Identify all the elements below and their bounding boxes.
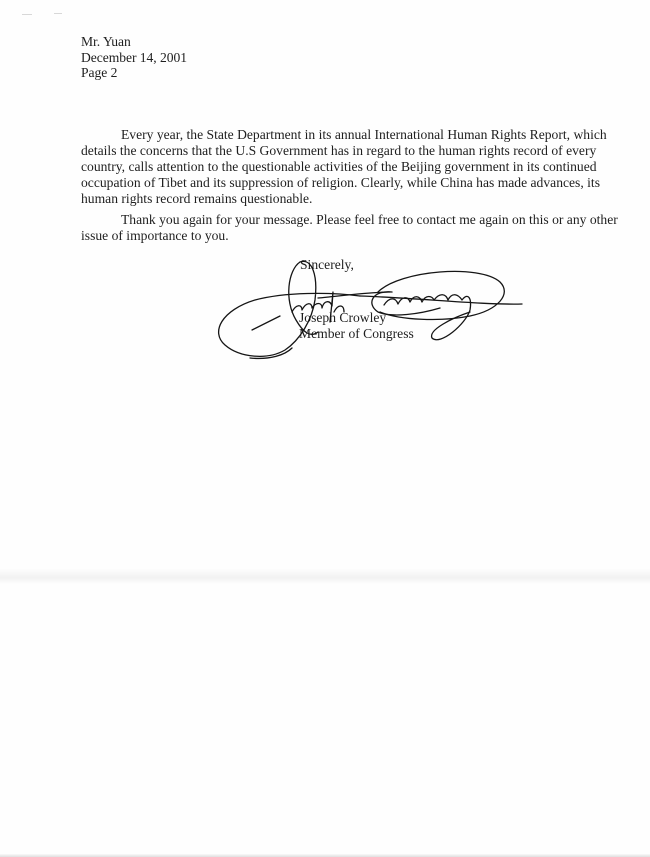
letter-header: Mr. Yuan December 14, 2001 Page 2 [81, 34, 187, 81]
paragraph-line: issue of importance to you. [81, 228, 601, 244]
paragraph-line: country, calls attention to the question… [81, 159, 601, 175]
paragraph-line: details the concerns that the U.S Govern… [81, 143, 601, 159]
recipient-line: Mr. Yuan [81, 34, 187, 50]
paper-fold-line [0, 568, 650, 584]
body-paragraph-1: Every year, the State Department in its … [81, 127, 601, 207]
page-number: Page 2 [81, 65, 187, 81]
paragraph-line: Thank you again for your message. Please… [81, 212, 601, 228]
scan-speck [54, 13, 62, 14]
paragraph-line: human rights record remains questionable… [81, 191, 601, 207]
scan-speck [22, 14, 32, 15]
paragraph-line: occupation of Tibet and its suppression … [81, 175, 601, 191]
closing-salutation: Sincerely, [300, 257, 354, 273]
paragraph-line: Every year, the State Department in its … [81, 127, 601, 143]
body-paragraph-2: Thank you again for your message. Please… [81, 212, 601, 244]
letter-page: Mr. Yuan December 14, 2001 Page 2 Every … [0, 0, 650, 857]
signatory-title: Member of Congress [299, 326, 414, 342]
date-line: December 14, 2001 [81, 50, 187, 66]
signatory-name: Joseph Crowley [299, 310, 386, 326]
